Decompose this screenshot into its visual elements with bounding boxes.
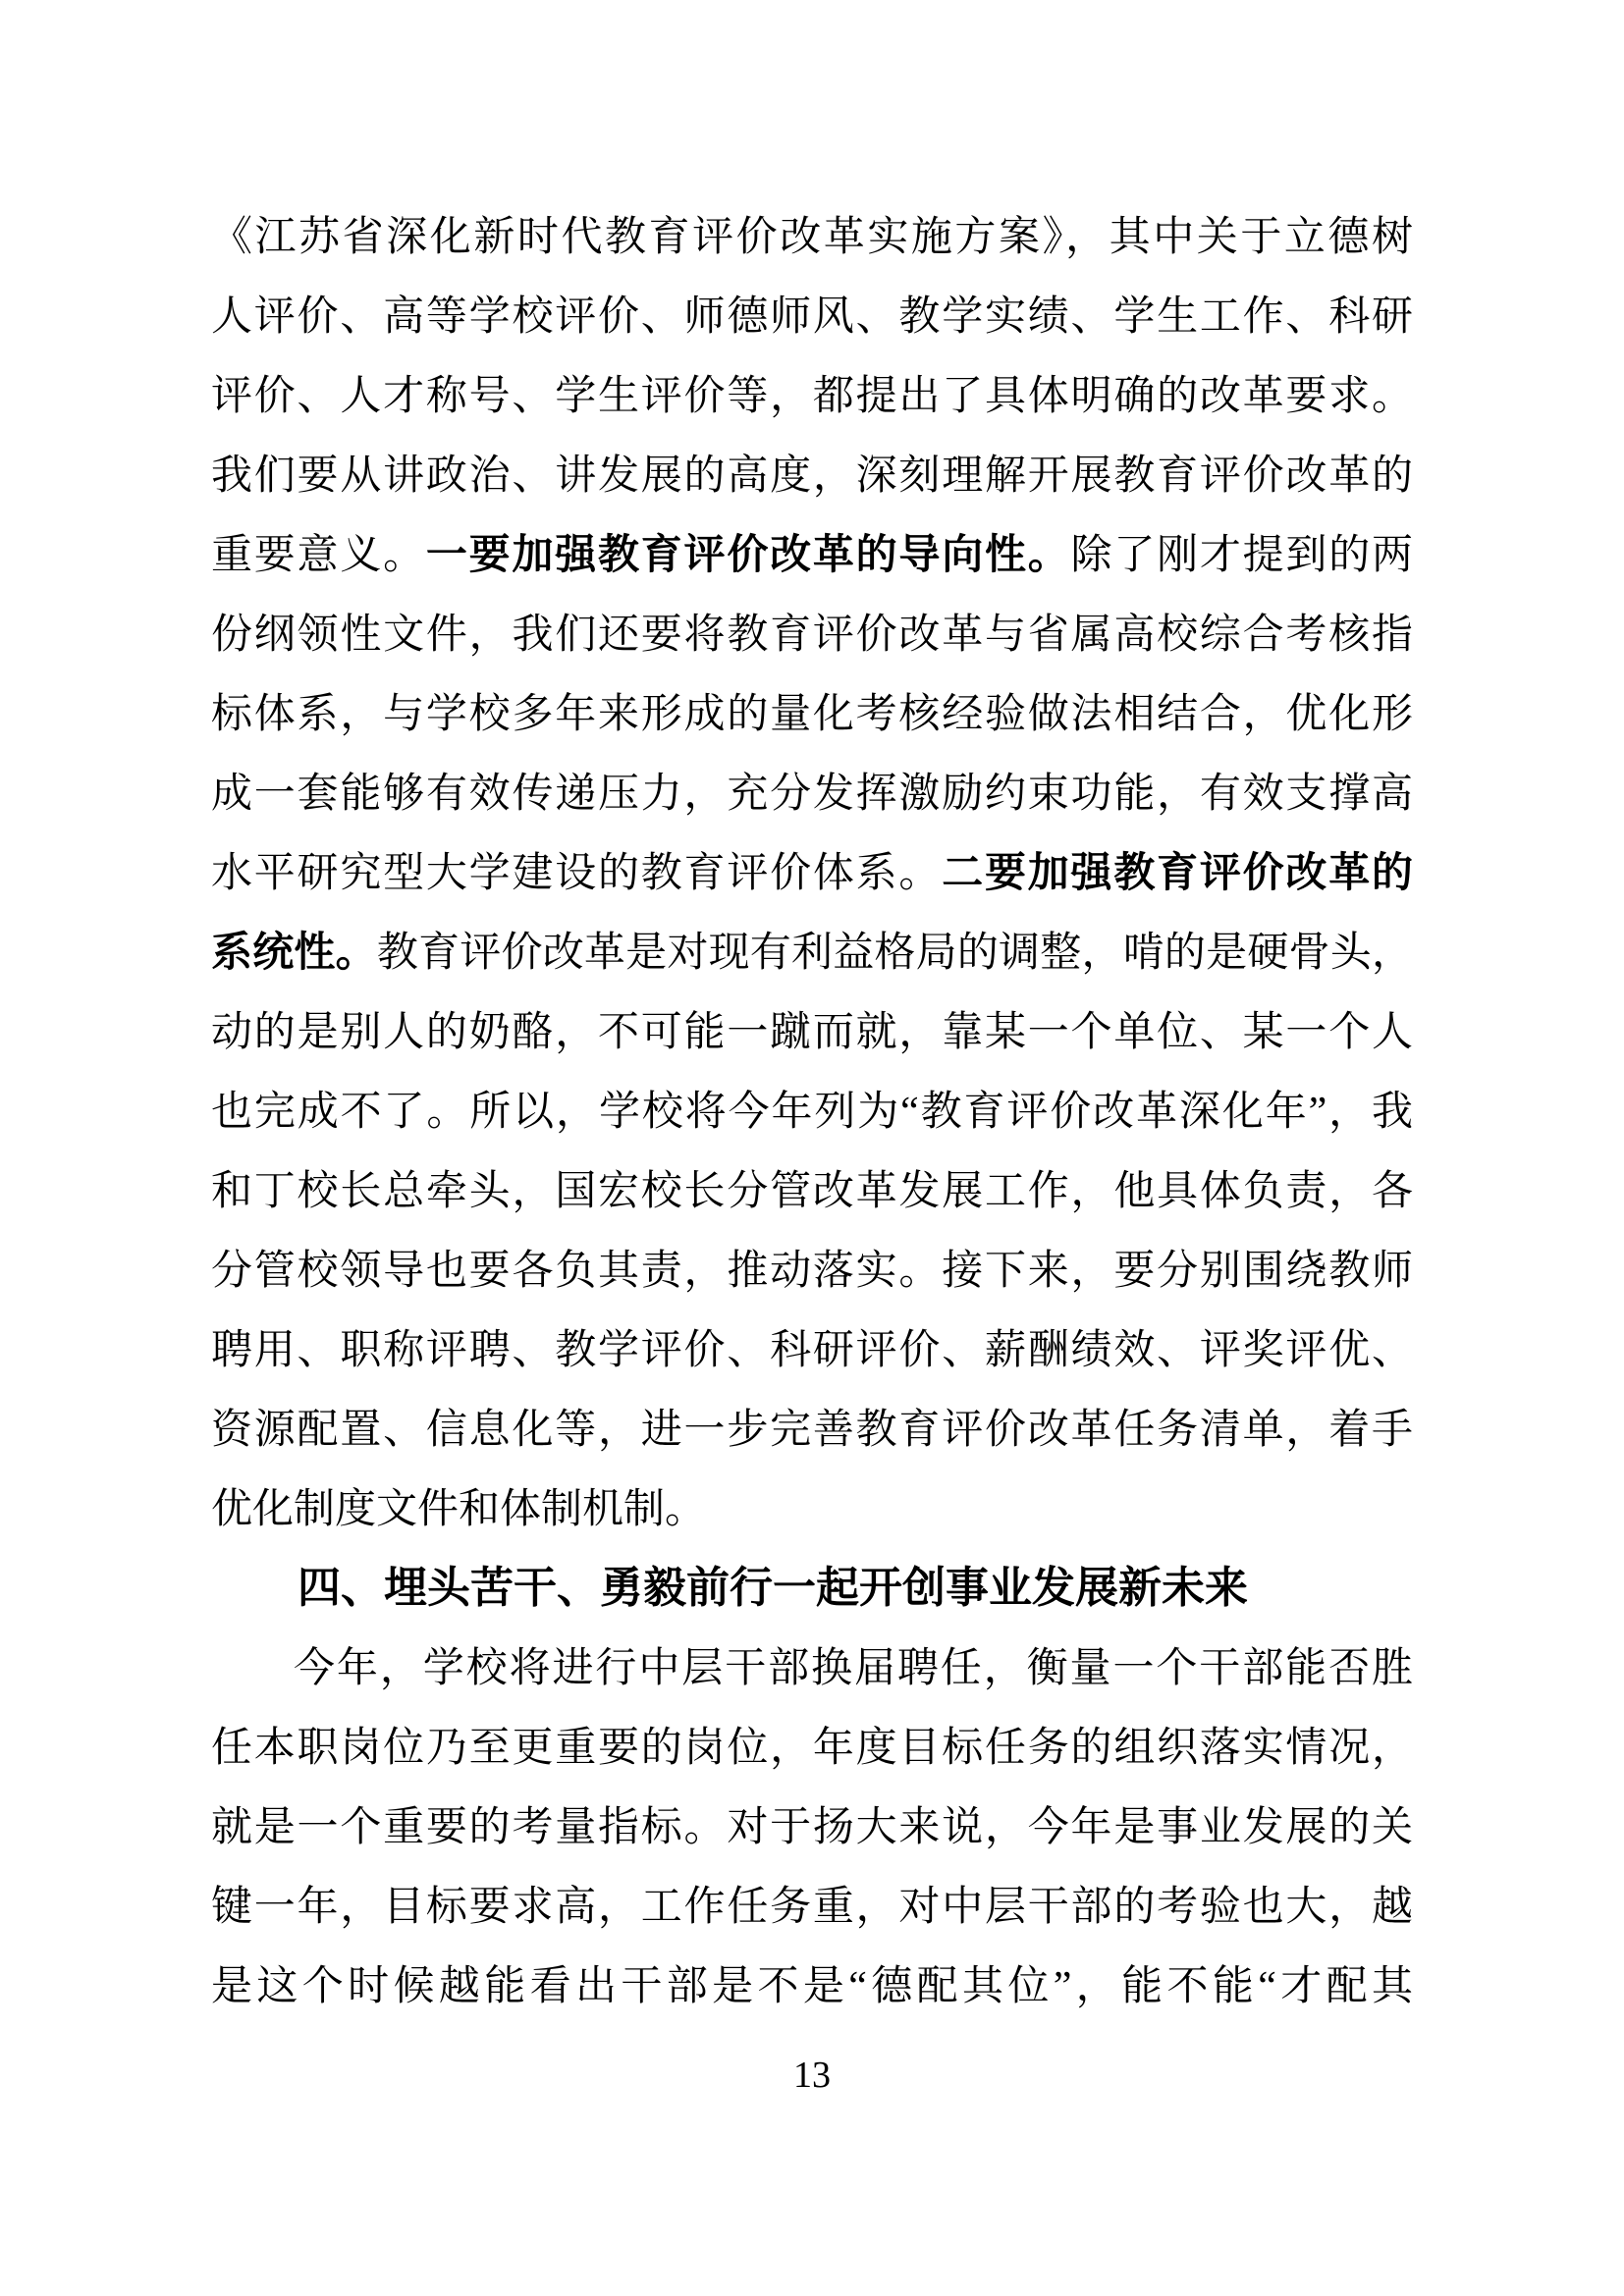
text-segment-bold: 二要加强教育评价改革的: [942, 849, 1413, 895]
text-segment: 资源配置、信息化等，进一步完善教育评价改革任务清单，着手: [211, 1408, 1413, 1453]
text-line: 今年，学校将进行中层干部换届聘任，衡量一个干部能否胜: [211, 1628, 1413, 1707]
text-line: 《江苏省深化新时代教育评价改革实施方案》，其中关于立德树: [211, 196, 1413, 276]
text-segment: 份纲领性文件，我们还要将教育评价改革与省属高校综合考核指: [211, 613, 1413, 658]
text-segment: 今年，学校将进行中层干部换届聘任，衡量一个干部能否胜: [294, 1646, 1413, 1691]
text-line: 聘用、职称评聘、教学评价、科研评价、薪酬绩效、评奖评优、: [211, 1309, 1413, 1389]
text-segment: 优化制度文件和体制机制。: [211, 1487, 706, 1532]
text-line: 重要意义。一要加强教育评价改革的导向性。除了刚才提到的两: [211, 514, 1413, 594]
text-line: 是这个时候越能看出干部是不是“德配其位”，能不能“才配其: [211, 1946, 1413, 2025]
text-block: 《江苏省深化新时代教育评价改革实施方案》，其中关于立德树 人评价、高等学校评价、…: [211, 196, 1413, 2025]
text-segment: 成一套能够有效传递压力，充分发挥激励约束功能，有效支撑高: [211, 772, 1413, 817]
text-line: 优化制度文件和体制机制。: [211, 1468, 1413, 1548]
text-segment: 水平研究型大学建设的教育评价体系。: [211, 851, 942, 896]
text-segment-bold: 系统性。: [211, 929, 377, 975]
text-line: 系统性。教育评价改革是对现有利益格局的调整，啃的是硬骨头，: [211, 912, 1413, 991]
text-segment: 分管校领导也要各负其责，推动落实。接下来，要分别围绕教师: [211, 1249, 1413, 1294]
page-number: 13: [0, 2052, 1624, 2099]
text-segment: 人评价、高等学校评价、师德师风、教学实绩、学生工作、科研: [211, 294, 1413, 340]
text-segment: 标体系，与学校多年来形成的量化考核经验做法相结合，优化形: [211, 692, 1413, 737]
text-line: 也完成不了。所以，学校将今年列为“教育评价改革深化年”，我: [211, 1071, 1413, 1150]
text-line: 水平研究型大学建设的教育评价体系。二要加强教育评价改革的: [211, 832, 1413, 912]
text-segment: 聘用、职称评聘、教学评价、科研评价、薪酬绩效、评奖评优、: [211, 1328, 1413, 1373]
text-line: 我们要从讲政治、讲发展的高度，深刻理解开展教育评价改革的: [211, 435, 1413, 514]
text-segment: 我们要从讲政治、讲发展的高度，深刻理解开展教育评价改革的: [211, 454, 1413, 499]
text-line: 份纲领性文件，我们还要将教育评价改革与省属高校综合考核指: [211, 594, 1413, 673]
text-line: 就是一个重要的考量指标。对于扬大来说，今年是事业发展的关: [211, 1787, 1413, 1866]
text-segment-bold: 一要加强教育评价改革的导向性。: [426, 531, 1071, 577]
text-segment: 就是一个重要的考量指标。对于扬大来说，今年是事业发展的关: [211, 1805, 1413, 1850]
text-segment: 和丁校长总牵头，国宏校长分管改革发展工作，他具体负责，各: [211, 1169, 1413, 1214]
text-line: 和丁校长总牵头，国宏校长分管改革发展工作，他具体负责，各: [211, 1150, 1413, 1230]
text-segment: 任本职岗位乃至更重要的岗位，年度目标任务的组织落实情况，: [211, 1726, 1413, 1771]
text-segment: 除了刚才提到的两: [1071, 533, 1413, 578]
text-line: 评价、人才称号、学生评价等，都提出了具体明确的改革要求。: [211, 355, 1413, 435]
document-page: 《江苏省深化新时代教育评价改革实施方案》，其中关于立德树 人评价、高等学校评价、…: [0, 0, 1624, 2296]
text-line: 标体系，与学校多年来形成的量化考核经验做法相结合，优化形: [211, 673, 1413, 753]
text-segment: 重要意义。: [211, 533, 426, 578]
text-segment: 也完成不了。所以，学校将今年列为“教育评价改革深化年”，我: [211, 1090, 1413, 1135]
text-line: 动的是别人的奶酪，不可能一蹴而就，靠某一个单位、某一个人: [211, 991, 1413, 1071]
section-heading: 四、埋头苦干、勇毅前行一起开创事业发展新未来: [211, 1548, 1413, 1628]
text-segment: 《江苏省深化新时代教育评价改革实施方案》，其中关于立德树: [211, 215, 1413, 260]
text-line: 分管校领导也要各负其责，推动落实。接下来，要分别围绕教师: [211, 1230, 1413, 1309]
text-line: 成一套能够有效传递压力，充分发挥激励约束功能，有效支撑高: [211, 753, 1413, 832]
text-segment: 评价、人才称号、学生评价等，都提出了具体明确的改革要求。: [211, 374, 1413, 419]
text-line: 键一年，目标要求高，工作任务重，对中层干部的考验也大，越: [211, 1866, 1413, 1946]
text-segment: 教育评价改革是对现有利益格局的调整，啃的是硬骨头，: [377, 931, 1413, 976]
text-line: 人评价、高等学校评价、师德师风、教学实绩、学生工作、科研: [211, 276, 1413, 355]
text-segment: 键一年，目标要求高，工作任务重，对中层干部的考验也大，越: [211, 1885, 1413, 1930]
text-line: 任本职岗位乃至更重要的岗位，年度目标任务的组织落实情况，: [211, 1707, 1413, 1787]
text-segment: 动的是别人的奶酪，不可能一蹴而就，靠某一个单位、某一个人: [211, 1010, 1413, 1055]
text-line: 资源配置、信息化等，进一步完善教育评价改革任务清单，着手: [211, 1389, 1413, 1468]
text-segment: 是这个时候越能看出干部是不是“德配其位”，能不能“才配其: [211, 1964, 1413, 2009]
